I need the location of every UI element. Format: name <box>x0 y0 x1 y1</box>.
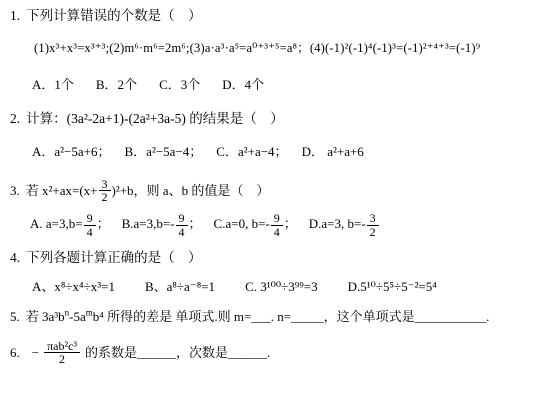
fraction-denominator: 2 <box>99 191 111 204</box>
question-4-title-line: 4.下列各题计算正确的是（ ） <box>10 250 540 267</box>
question-2: 2.计算：(3a²-2a+1)-(2a²+3a-5) 的结果是（ ） A．a²−… <box>10 111 540 160</box>
fraction-numerator: 3 <box>367 212 379 226</box>
formula-segment: b⁴ 所得的差是 单项式.则 m= <box>93 309 251 324</box>
text-segment: . n= <box>271 309 291 324</box>
question-3-options: A. a=3,b=94； B.a=3,b=-94； C.a=0, b=-94； … <box>30 212 540 238</box>
blank-monomial: ___________ <box>415 309 487 324</box>
fraction: 94 <box>84 212 96 238</box>
option-text: A. a=3,b= <box>30 216 83 231</box>
question-title: 下列计算错误的个数是（ ） <box>26 8 202 23</box>
question-1-title-line: 1.下列计算错误的个数是（ ） <box>10 8 540 25</box>
fraction-numerator: 9 <box>176 212 188 226</box>
text-segment: ，这个单项式是 <box>324 309 415 324</box>
minus-sign: − <box>32 345 39 361</box>
text-segment: . <box>486 309 489 324</box>
fraction: πab²c³ 2 <box>44 340 80 366</box>
question-number: 3. <box>10 183 20 199</box>
fraction-numerator: 9 <box>271 212 283 226</box>
fraction-denominator: 4 <box>176 226 188 239</box>
option-text: ； <box>189 216 202 231</box>
fraction-denominator: 2 <box>44 353 80 366</box>
option-d: D．4个 <box>222 77 264 93</box>
worksheet: 1.下列计算错误的个数是（ ） (1)x³+x³=x³⁺³;(2)m⁶·m⁶=2… <box>10 8 540 366</box>
exponent-m: m <box>86 308 93 318</box>
question-1-formulas: (1)x³+x³=x³⁺³;(2)m⁶·m⁶=2m⁶;(3)a·a³·a⁵=a⁰… <box>34 41 540 57</box>
option-text: B.a=3,b=- <box>122 216 175 231</box>
option-b: B．a²−5a−4； <box>125 144 203 160</box>
question-6-line: 6. − πab²c³ 2 的系数是______，次数是______. <box>10 340 540 366</box>
question-number: 2. <box>10 111 20 126</box>
blank-n: _____ <box>291 309 324 324</box>
question-title: 计算：(3a²-2a+1)-(2a²+3a-5) 的结果是（ ） <box>26 111 284 126</box>
blank-m: ___ <box>251 309 271 324</box>
blank-coefficient: ______ <box>137 345 176 361</box>
question-title: 下列各题计算正确的是（ ） <box>26 250 202 265</box>
question-5: 5.若 3a³bn-5amb⁴ 所得的差是 单项式.则 m=___. n=___… <box>10 309 540 325</box>
fraction-denominator: 4 <box>84 226 96 239</box>
formula-segment: -5a <box>69 309 86 324</box>
question-1-options: A．1个 B．2个 C．3个 D．4个 <box>32 77 540 93</box>
text-segment: ，次数是 <box>176 345 228 361</box>
option-d: D.5¹⁰÷5⁵÷5⁻²=5⁴ <box>348 279 437 295</box>
fraction-denominator: 2 <box>367 226 379 239</box>
question-number: 1. <box>10 8 20 23</box>
question-number: 4. <box>10 250 20 265</box>
question-number: 6. <box>10 345 20 361</box>
option-b: B．2个 <box>96 77 137 93</box>
fraction: 94 <box>271 212 283 238</box>
question-2-title-line: 2.计算：(3a²-2a+1)-(2a²+3a-5) 的结果是（ ） <box>10 111 540 128</box>
question-2-options: A．a²−5a+6； B．a²−5a−4； C．a²+a−4； D． a²+a+… <box>32 144 540 160</box>
option-a: A．1个 <box>32 77 74 93</box>
option-d: D.a=3, b=-32 <box>309 212 380 238</box>
option-c: C.a=0, b=-94； <box>214 212 297 238</box>
question-4: 4.下列各题计算正确的是（ ） A、x⁸÷x⁴÷x³=1 B、a⁸÷a⁻⁸=1 … <box>10 250 540 295</box>
option-text: ； <box>284 216 297 231</box>
question-1: 1.下列计算错误的个数是（ ） (1)x³+x³=x³⁺³;(2)m⁶·m⁶=2… <box>10 8 540 93</box>
formula-segment: 若 3a³b <box>26 309 65 324</box>
question-3-title-line: 3. 若 x²+ax=(x+ 3 2 )²+b，则 a、b 的值是（ ） <box>10 178 540 204</box>
fraction-numerator: 9 <box>84 212 96 226</box>
option-c: C. 3¹⁰⁰÷3⁹⁹=3 <box>245 279 318 295</box>
fraction: 94 <box>176 212 188 238</box>
question-3: 3. 若 x²+ax=(x+ 3 2 )²+b，则 a、b 的值是（ ） A. … <box>10 178 540 238</box>
option-d: D． a²+a+6 <box>302 144 364 160</box>
option-b: B.a=3,b=-94； <box>122 212 202 238</box>
option-b: B、a⁸÷a⁻⁸=1 <box>145 279 215 295</box>
option-text: D.a=3, b=- <box>309 216 366 231</box>
text-segment: 的系数是 <box>85 345 137 361</box>
blank-degree: ______ <box>228 345 267 361</box>
fraction-denominator: 4 <box>271 226 283 239</box>
fraction: 32 <box>367 212 379 238</box>
option-a: A、x⁸÷x⁴÷x³=1 <box>32 279 115 295</box>
fraction: 3 2 <box>99 178 111 204</box>
fraction-numerator: 3 <box>99 178 111 192</box>
question-6: 6. − πab²c³ 2 的系数是______，次数是______. <box>10 340 540 366</box>
text-segment: . <box>267 345 270 361</box>
option-text: C.a=0, b=- <box>214 216 270 231</box>
question-4-options: A、x⁸÷x⁴÷x³=1 B、a⁸÷a⁻⁸=1 C. 3¹⁰⁰÷3⁹⁹=3 D.… <box>32 279 540 295</box>
question-5-line: 5.若 3a³bn-5amb⁴ 所得的差是 单项式.则 m=___. n=___… <box>10 309 540 325</box>
formula-segment: )²+b，则 a、b 的值是（ ） <box>112 183 270 199</box>
formula-segment: 若 x²+ax=(x+ <box>26 183 98 199</box>
option-text: ； <box>97 216 110 231</box>
question-number: 5. <box>10 309 20 324</box>
option-c: C．a²+a−4； <box>216 144 287 160</box>
option-a: A. a=3,b=94； <box>30 212 110 238</box>
fraction-numerator: πab²c³ <box>44 340 80 354</box>
option-a: A．a²−5a+6； <box>32 144 111 160</box>
option-c: C．3个 <box>159 77 200 93</box>
